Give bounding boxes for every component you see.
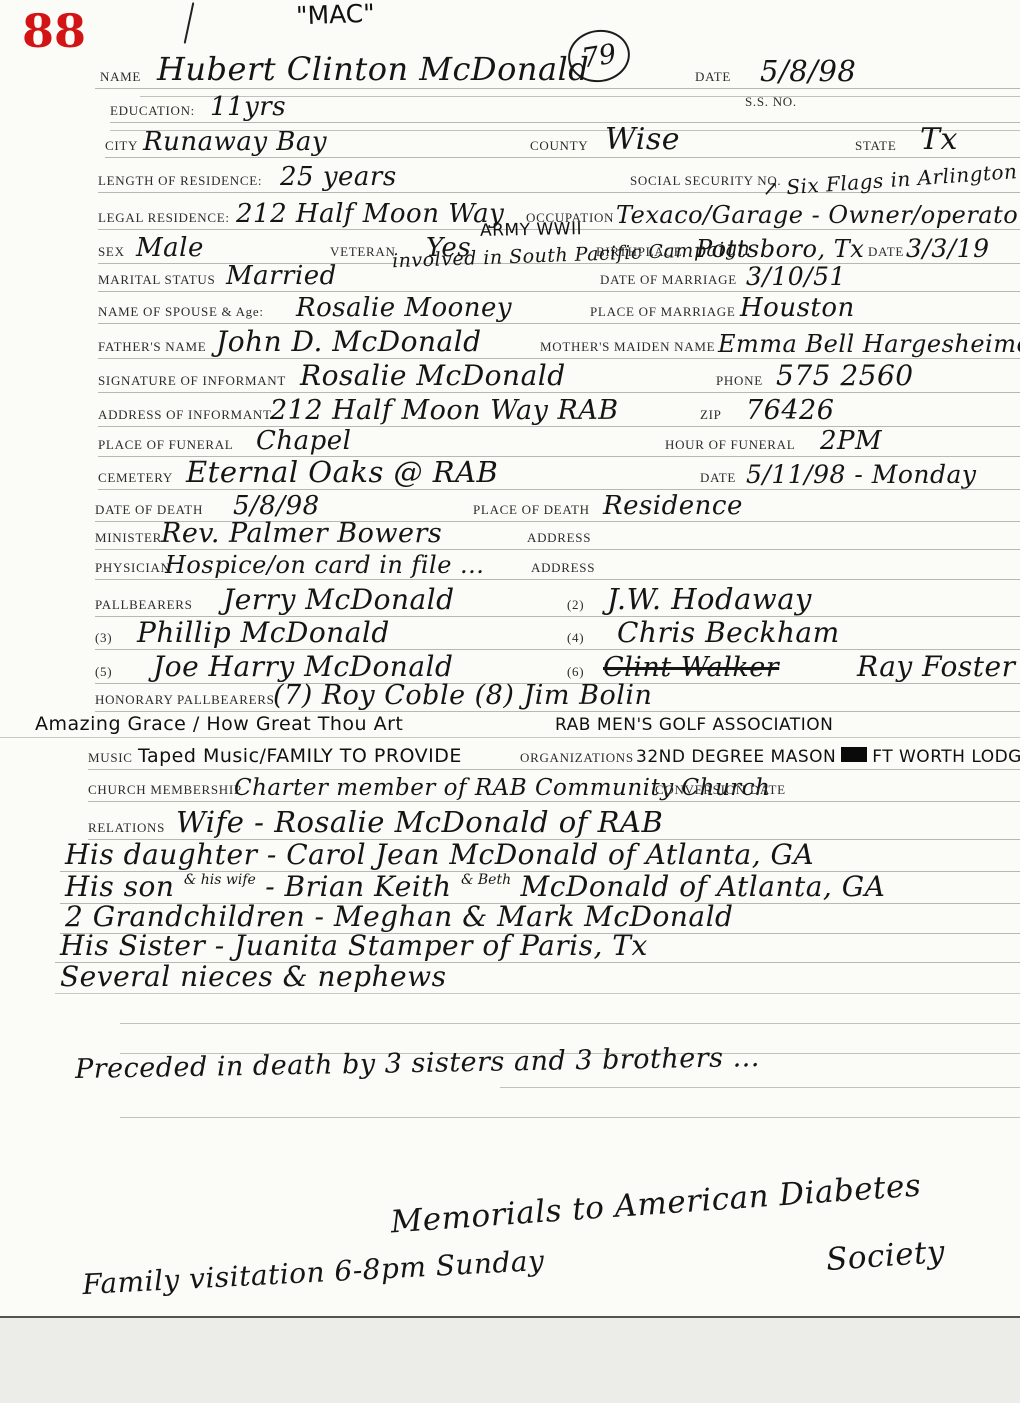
son-insertion-wife: & his wife [184,872,256,888]
memorials-line1: Memorials to American Diabetes [389,1167,922,1240]
nieces-row: Several nieces & nephews [55,949,1020,994]
nickname-annotation: "MAC" [296,0,376,30]
scanned-funeral-record-page: 88 "MAC" 79 NAME Hubert Clinton McDonald… [0,0,1020,1403]
page-edge-strip [0,1318,1020,1403]
son-insertion-beth: & Beth [461,872,511,888]
visitation-note: Family visitation 6-8pm Sunday [81,1244,545,1301]
page-number: 88 [22,4,86,58]
preceded-note: Preceded in death by 3 sisters and 3 bro… [75,1042,760,1085]
memorials-line2: Society [825,1234,946,1278]
ssno-label: S.S. NO. [745,94,797,110]
scan-line [120,1023,1020,1024]
nieces-value: Several nieces & nephews [60,960,446,993]
scan-line [120,1117,1020,1118]
scan-line [500,1087,1020,1088]
